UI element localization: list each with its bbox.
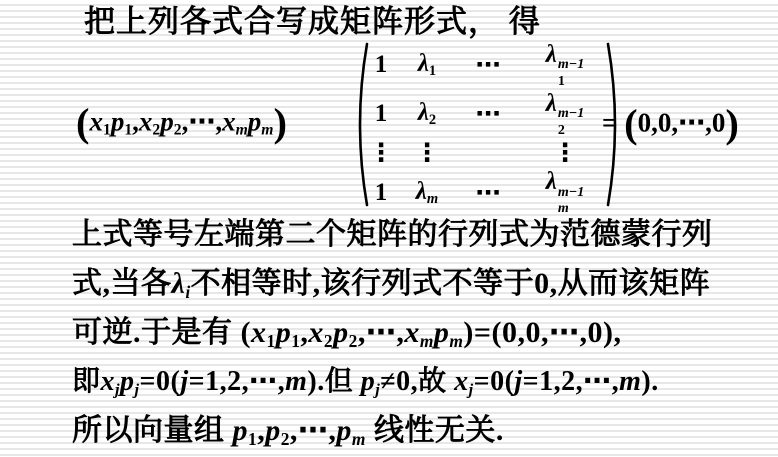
matrix-cell: λ1 (418, 50, 436, 80)
matrix-cell: 1 (375, 179, 388, 207)
vandermonde-matrix: 1 λ1 ⋯ λm−11 1 λ2 ⋯ λm−12 ⋮ ⋮ ⋮ 1 λm ⋯ λ… (350, 41, 625, 208)
slide-title: 把上列各式合写成矩阵形式， 得 (84, 4, 541, 40)
body-line-3: 可逆.于是有 (x1p1,x2p2,⋯,xmpm)=(0,0,⋯,0), (72, 308, 772, 357)
matrix-cell: ⋮ (553, 138, 578, 168)
body-text: 上式等号左端第二个矩阵的行列式为范德蒙行列 式,当各λi不相等时,该行列式不等于… (72, 210, 772, 455)
left-parenthesis (350, 41, 370, 208)
matrix-cell: λm (416, 178, 438, 208)
matrix-cell: λ2 (418, 99, 436, 129)
equation-row-vector: (x1p1,x2p2,⋯,xmpm) (76, 99, 287, 146)
equation-rhs: = (0,0,⋯,0) (602, 100, 739, 147)
matrix-cell: λm−12 (546, 90, 584, 139)
body-line-1: 上式等号左端第二个矩阵的行列式为范德蒙行列 (72, 210, 772, 259)
matrix-cell: ⋮ (415, 138, 440, 168)
matrix-cell: λm−11 (546, 41, 584, 90)
matrix-cell: ⋯ (476, 50, 501, 80)
body-line-2: 式,当各λi不相等时,该行列式不等于0,从而该矩阵 (72, 259, 772, 308)
body-line-5: 所以向量组 p1,p2,⋯,pm 线性无关. (72, 406, 772, 455)
matrix-cell: ⋮ (369, 138, 394, 168)
matrix-cell: ⋯ (476, 99, 501, 129)
matrix-cell: ⋯ (476, 178, 501, 208)
matrix-grid: 1 λ1 ⋯ λm−11 1 λ2 ⋯ λm−12 ⋮ ⋮ ⋮ 1 λm ⋯ λ… (370, 41, 605, 208)
body-line-4: 即xjpj=0(j=1,2,⋯,m).但 pj≠0,故 xj=0(j=1,2,⋯… (72, 357, 772, 406)
slide: 把上列各式合写成矩阵形式， 得 (x1p1,x2p2,⋯,xmpm) 1 λ1 … (0, 0, 778, 457)
matrix-cell: 1 (375, 51, 388, 79)
matrix-cell: 1 (375, 100, 388, 128)
